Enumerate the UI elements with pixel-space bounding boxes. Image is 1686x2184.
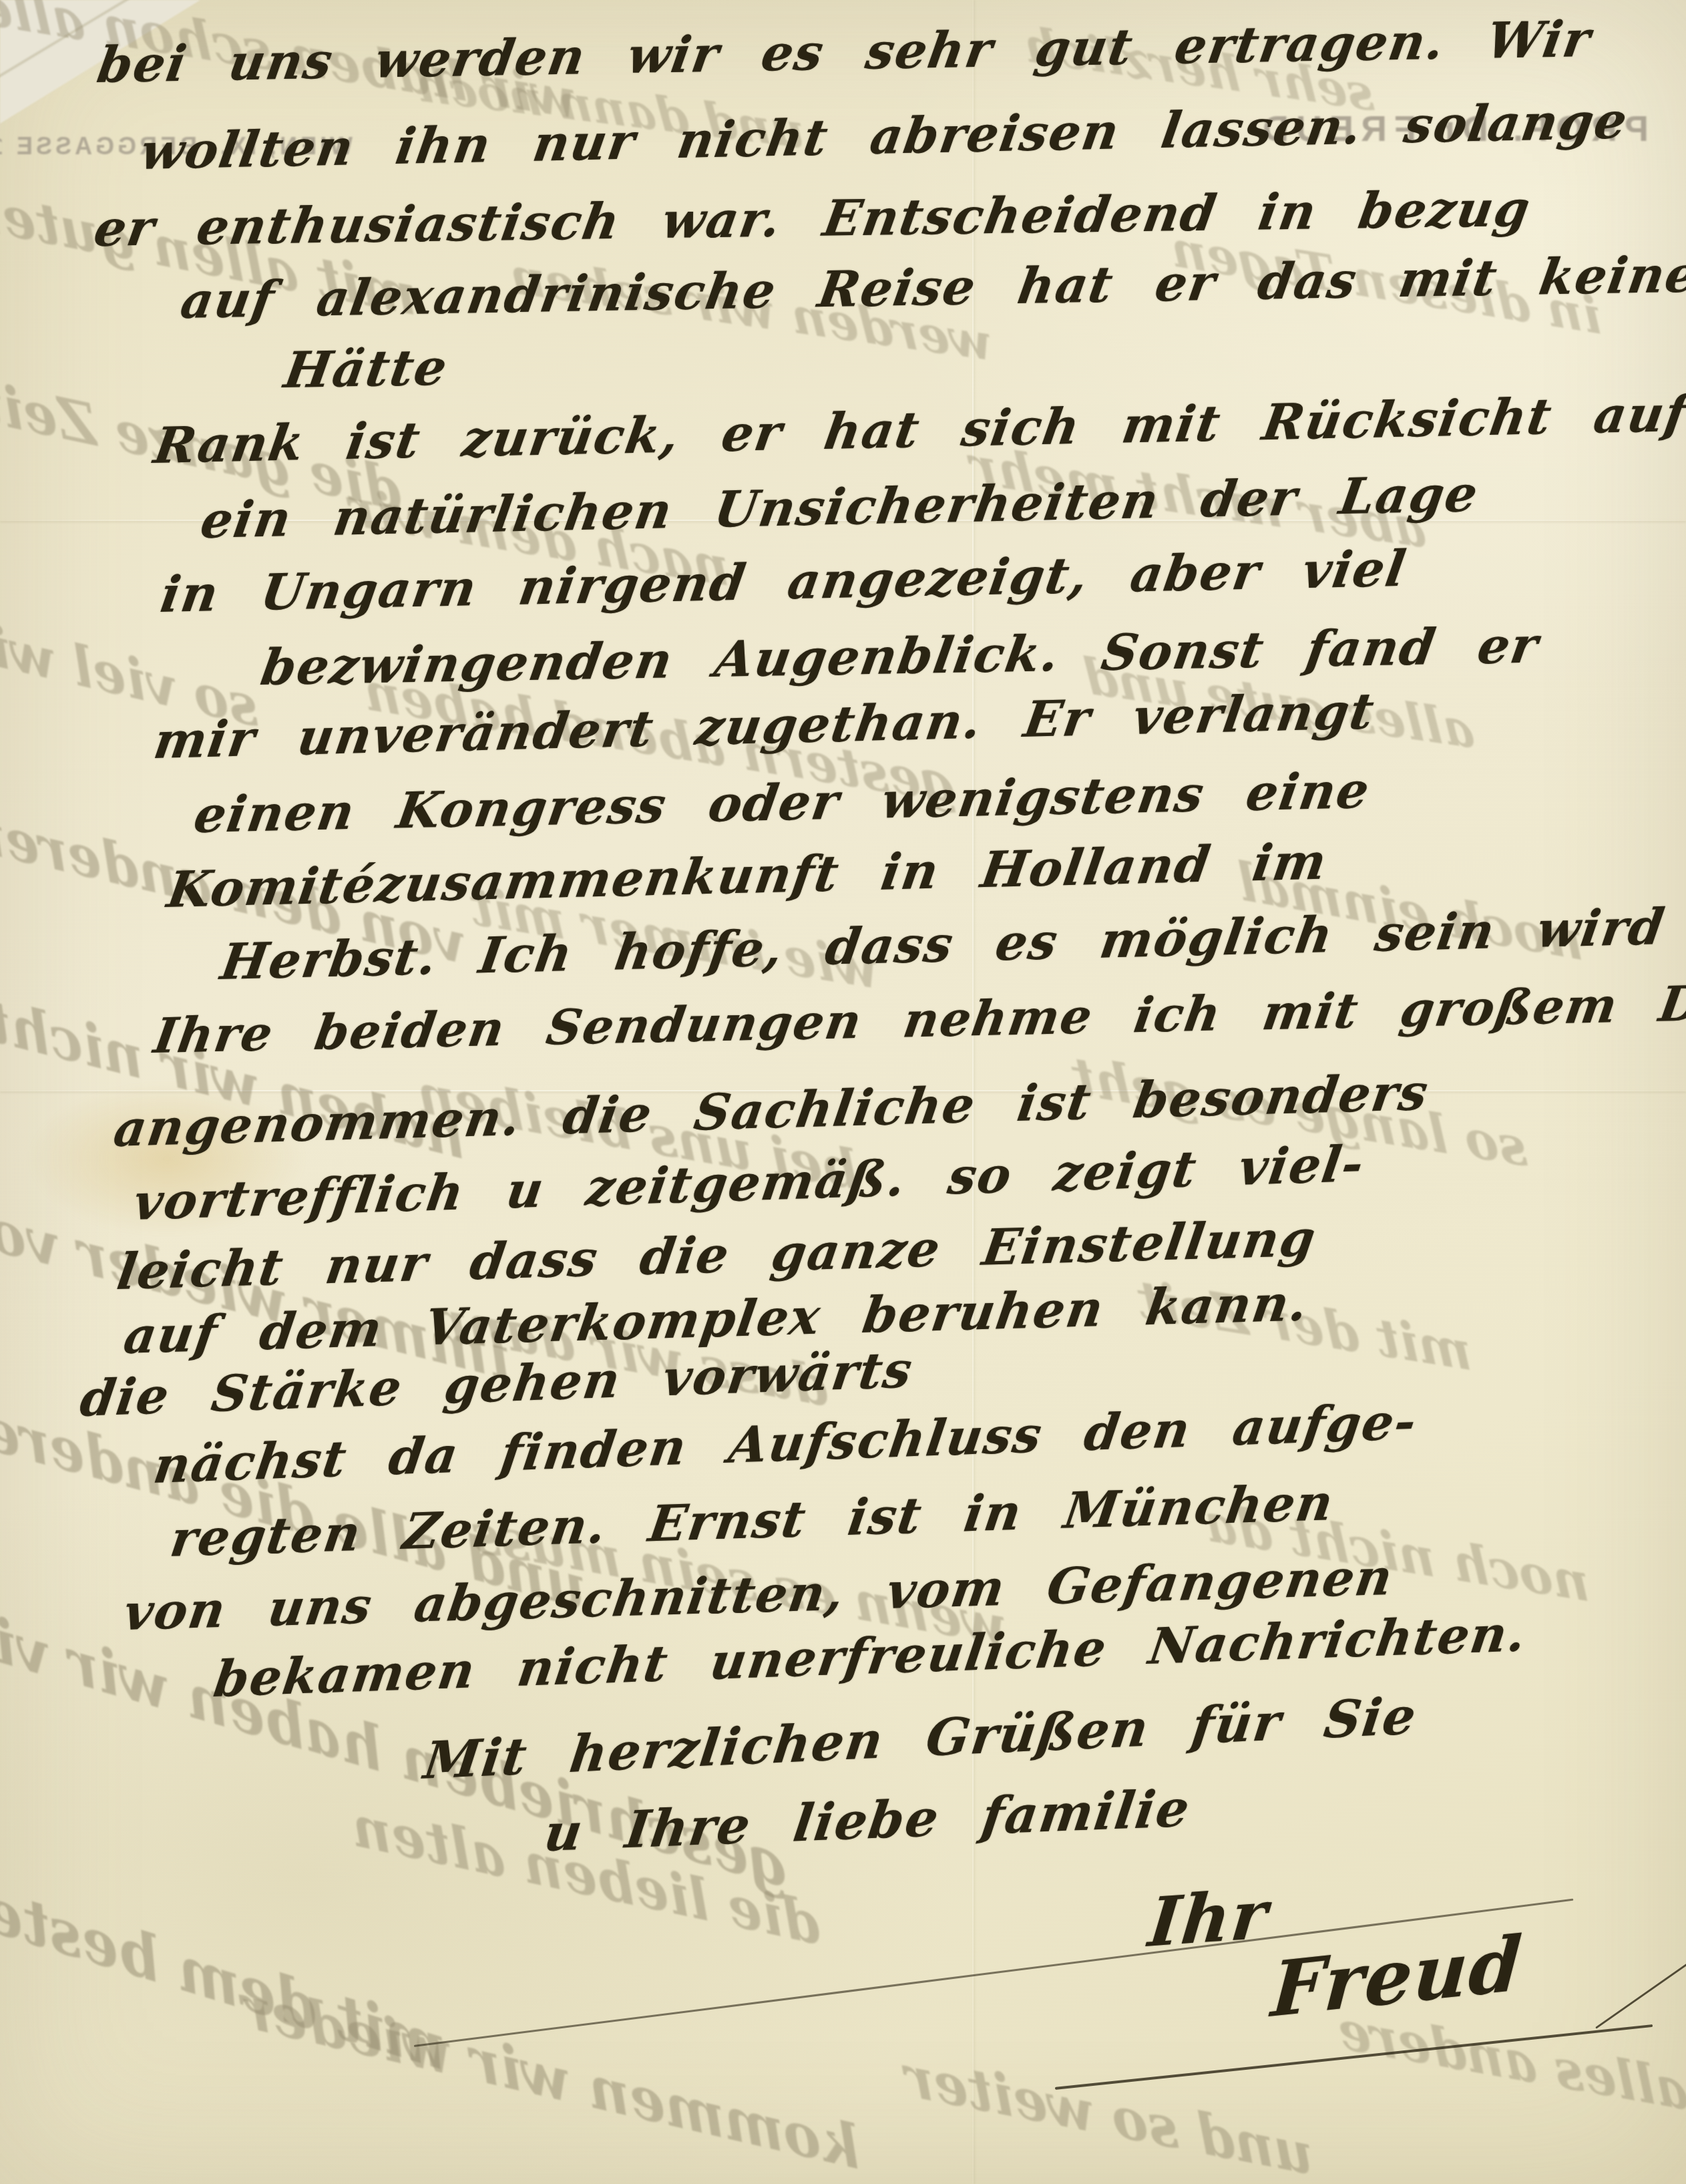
handwriting-line: Mit herzlichen Grüßen für Sie: [421, 1686, 1420, 1791]
handwriting-line: einen Kongress oder wenigstens eine: [190, 762, 1374, 844]
letter-page: wir haben schon allesund dann nochsehr h…: [0, 0, 1686, 2184]
handwriting-line: Rank ist zurück, er hat sich mit Rücksic…: [150, 385, 1686, 475]
bleedthrough-line: kommen wir wieder: [241, 1972, 860, 2183]
handwriting-line: Komitézusammenkunft in Holland im: [164, 833, 1331, 919]
handwriting-line: Freud: [1269, 1920, 1526, 2034]
signature-flourish-tail: [1595, 1962, 1686, 2029]
handwriting-line: in Ungarn nirgend angezeigt, aber viel: [157, 540, 1410, 624]
bleedthrough-line: und so weiter: [905, 2044, 1313, 2184]
handwriting-line: Ihr: [1145, 1874, 1272, 1962]
handwriting-line: wollten ihn nur nicht abreisen lassen. s…: [137, 92, 1632, 181]
handwriting-line: Hätte: [280, 339, 452, 399]
